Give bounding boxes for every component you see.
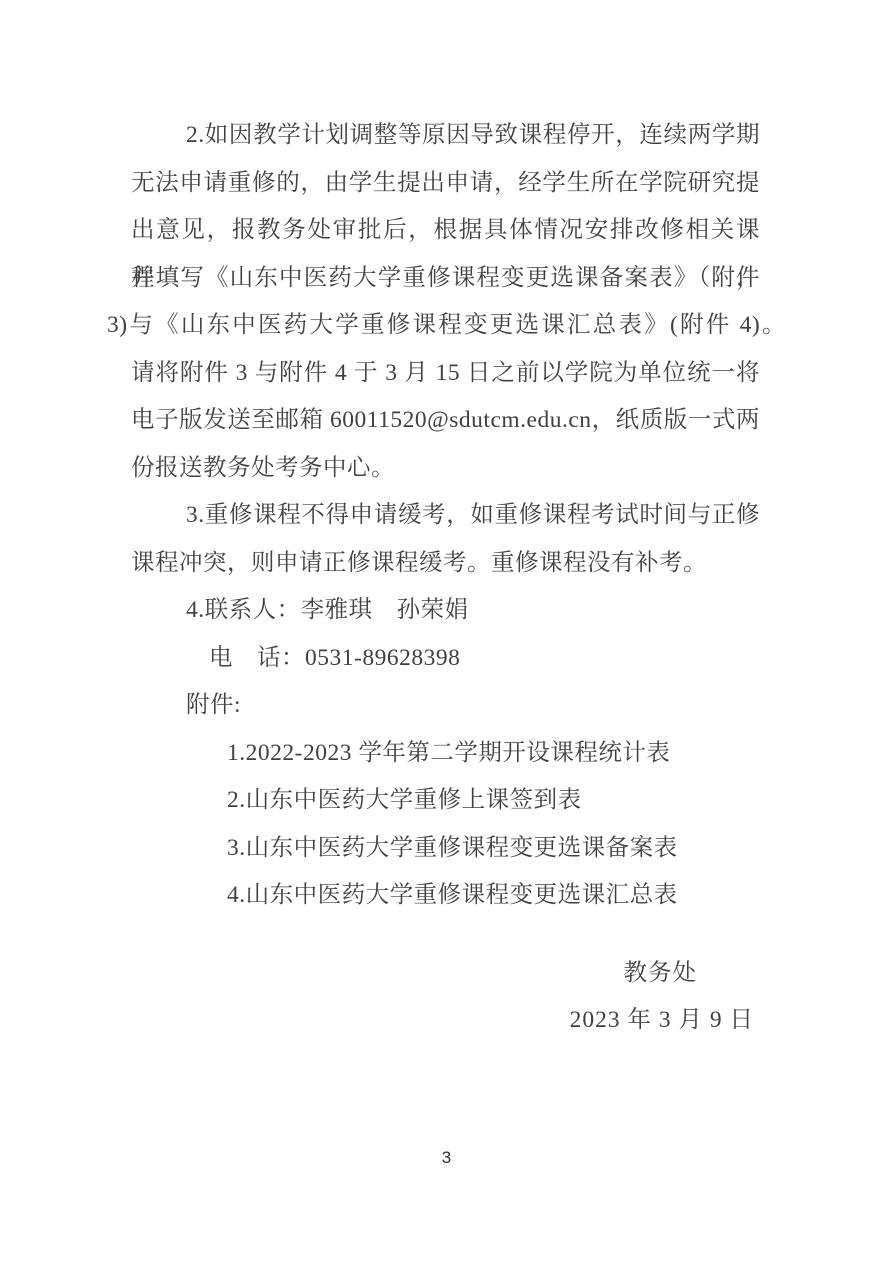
attachment-item-1: 1.2022-2023 学年第二学期开设课程统计表: [131, 730, 760, 778]
contact-person-line: 4.联系人：李雅琪 孙荣娟: [131, 587, 760, 635]
text-line-4: 并填写《山东中医药大学重修课程变更选课备案表》（附件: [131, 255, 760, 303]
text-line-3: 出意见，报教务处审批后，根据具体情况安排改修相关课程，: [131, 207, 760, 255]
signature-spacer: [131, 920, 760, 950]
text-line-9: 3.重修课程不得申请缓考，如重修课程考试时间与正修: [131, 492, 760, 540]
document-body: 2.如因教学计划调整等原因导致课程停开，连续两学期 无法申请重修的，由学生提出申…: [131, 0, 760, 1045]
page-number: 3: [0, 1148, 893, 1168]
scanned-document-page: { "document": { "lines": [ "2.如因教学计划调整等原…: [0, 0, 893, 1263]
signature-org: 教务处: [131, 950, 760, 998]
text-line-5: 3)与《山东中医药大学重修课程变更选课汇总表》(附件 4)。: [107, 302, 786, 350]
attachment-item-3: 3.山东中医药大学重修课程变更选课备案表: [131, 825, 760, 873]
text-line-7: 电子版发送至邮箱 60011520@sdutcm.edu.cn，纸质版一式两: [131, 397, 760, 445]
attachment-item-2: 2.山东中医药大学重修上课签到表: [131, 777, 760, 825]
text-line-2: 无法申请重修的，由学生提出申请，经学生所在学院研究提: [131, 160, 760, 208]
text-line-10: 课程冲突，则申请正修课程缓考。重修课程没有补考。: [131, 540, 760, 588]
text-line-1: 2.如因教学计划调整等原因导致课程停开，连续两学期: [131, 112, 760, 160]
attachments-heading: 附件:: [131, 682, 760, 730]
contact-phone-line: 电 话：0531-89628398: [131, 635, 760, 683]
attachment-item-4: 4.山东中医药大学重修课程变更选课汇总表: [131, 872, 760, 920]
text-line-6: 请将附件 3 与附件 4 于 3 月 15 日之前以学院为单位统一将: [131, 350, 760, 398]
text-line-8: 份报送教务处考务中心。: [131, 445, 760, 493]
signature-date: 2023 年 3 月 9 日: [131, 997, 760, 1045]
